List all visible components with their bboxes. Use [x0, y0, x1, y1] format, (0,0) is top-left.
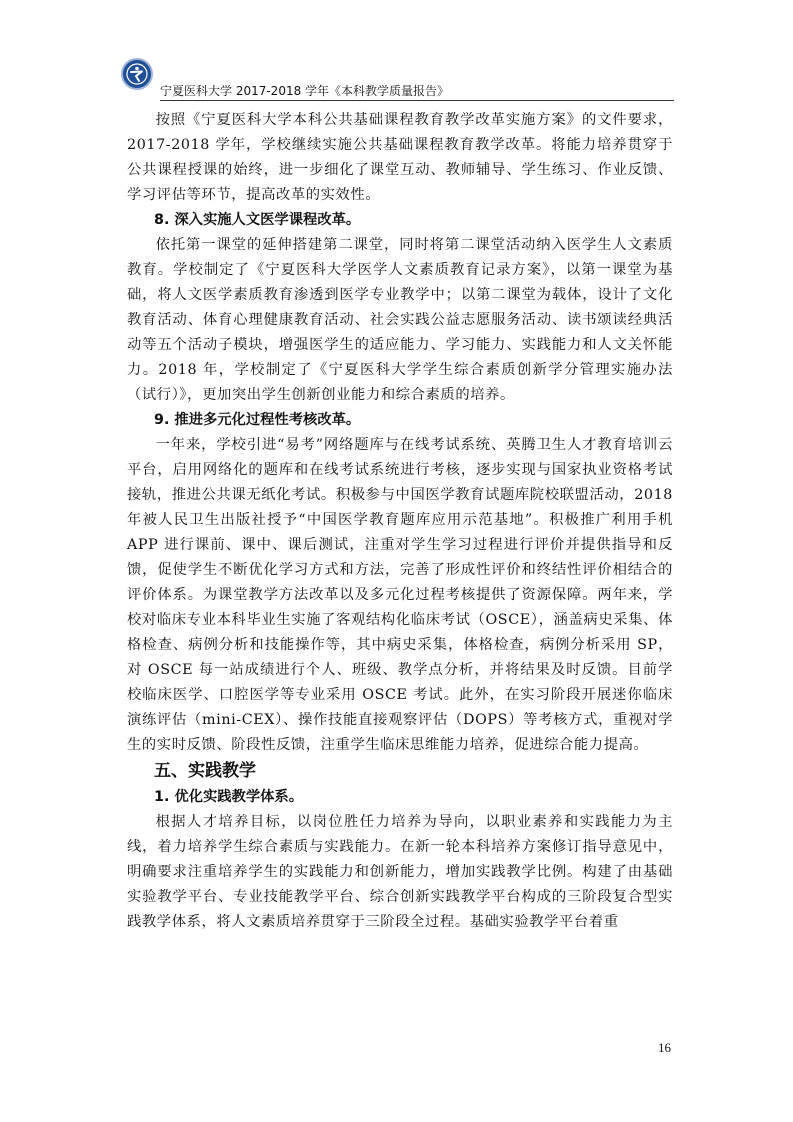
header-divider [160, 100, 674, 101]
document-body: 按照《宁夏医科大学本科公共基础课程教育教学改革实施方案》的文件要求，2017-2… [127, 108, 673, 935]
section-heading-practice-teaching: 五、实践教学 [127, 758, 673, 785]
page-number: 16 [658, 1040, 671, 1056]
subheading-optimize-practice-system: 1. 优化实践教学体系。 [127, 785, 673, 810]
subheading-humanities-reform: 8. 深入实施人文医学课程改革。 [127, 208, 673, 233]
paragraph-public-course-reform: 按照《宁夏医科大学本科公共基础课程教育教学改革实施方案》的文件要求，2017-2… [127, 108, 673, 208]
paragraph-humanities-reform: 依托第一课堂的延伸搭建第二课堂，同时将第二课堂活动纳入医学生人文素质教育。学校制… [127, 233, 673, 408]
paragraph-practice-system: 根据人才培养目标，以岗位胜任力培养为导向，以职业素养和实践能力为主线，着力培养学… [127, 810, 673, 935]
header-title: 宁夏医科大学 2017-2018 学年《本科教学质量报告》 [160, 82, 449, 99]
subheading-assessment-reform: 9. 推进多元化过程性考核改革。 [127, 408, 673, 433]
paragraph-assessment-reform: 一年来，学校引进“易考”网络题库与在线考试系统、英腾卫生人才教育培训云平台，启用… [127, 433, 673, 758]
university-logo-icon [121, 58, 153, 90]
page-header: 宁夏医科大学 2017-2018 学年《本科教学质量报告》 [118, 56, 674, 102]
